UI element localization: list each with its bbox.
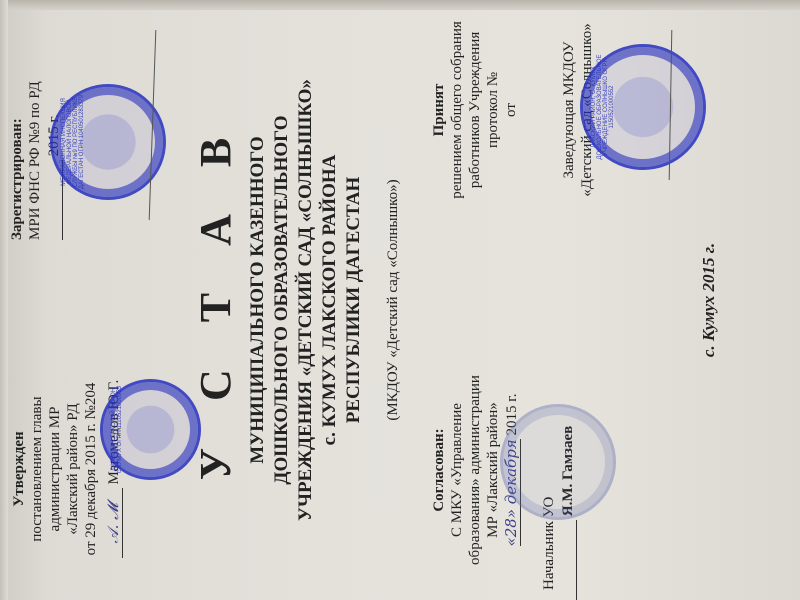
registered-line: МРИ ФНС РФ №9 по РД	[26, 0, 44, 240]
approved-line: от 29 декабря 2015 г. №204	[82, 344, 100, 594]
approved-heading: Утвержден	[10, 344, 28, 594]
title-line: с. КУМУХ ЛАКСКОГО РАЙОНА	[318, 60, 342, 540]
accepted-line: работников Учреждения	[466, 0, 484, 220]
document-title: У С Т А В	[190, 60, 242, 540]
lak-district-stamp: ДАГЕСТАН ЛАКСКИЙ РАЙОН с.КУМУХ ОГРН 1110…	[100, 379, 201, 480]
agreed-line: С МКУ «Управление	[448, 350, 466, 590]
kindergarten-stamp: ЛАКСКИЙ РАЙОН, С. КУМУХ ДОШКОЛЬНОЕ ОБРАЗ…	[580, 44, 706, 170]
handwritten-signature: 𝒜. 𝓜	[104, 488, 123, 558]
stamp-text: МЕЖРАЙОННАЯ ИНСПЕКЦИЯ ФЕДЕРАЛЬНОЙ НАЛОГО…	[61, 87, 85, 197]
stamp-text: ЛАКСКИЙ РАЙОН, С. КУМУХ ДОШКОЛЬНОЕ ОБРАЗ…	[591, 47, 615, 167]
registered-heading: Зарегистрирован:	[8, 0, 26, 240]
approved-line: администрации МР	[46, 344, 64, 594]
place-year: с. Кумух 2015 г.	[700, 160, 718, 440]
title-line: РЕСПУБЛИКИ ДАГЕСТАН	[342, 60, 366, 540]
accepted-line: от	[502, 0, 520, 220]
title-block: У С Т А В МУНИЦИПАЛЬНОГО КАЗЕННОГО ДОШКО…	[190, 60, 402, 540]
accepted-line: решением общего собрания	[448, 0, 466, 220]
agreed-line: МР «Лакский район»	[484, 350, 502, 590]
fns-stamp: МЕЖРАЙОННАЯ ИНСПЕКЦИЯ ФЕДЕРАЛЬНОЙ НАЛОГО…	[50, 84, 166, 200]
approved-line: «Лакский район» РД	[64, 344, 82, 594]
approved-line: постановлением главы	[28, 344, 46, 594]
handwritten-signature	[558, 520, 577, 600]
stamp-text: ДАГЕСТАН ЛАКСКИЙ РАЙОН с.КУМУХ ОГРН 1110…	[111, 382, 123, 477]
title-line: ДОШКОЛЬНОГО ОБРАЗОВАТЕЛЬНОГО	[270, 60, 294, 540]
accepted-block: Принят решением общего собрания работник…	[430, 0, 520, 220]
title-abbreviation: (МКДОУ «Детский сад «Солнышко»)	[384, 60, 402, 540]
agreed-line: образования» администрации	[466, 350, 484, 590]
accepted-heading: Принят	[430, 0, 448, 220]
charter-document-page: Утвержден постановлением главы администр…	[0, 0, 800, 600]
head-line: Заведующая МКДОУ	[560, 0, 578, 220]
approved-block: Утвержден постановлением главы администр…	[10, 344, 123, 594]
agreed-heading: Согласован:	[430, 350, 448, 590]
title-line: МУНИЦИПАЛЬНОГО КАЗЕННОГО	[246, 60, 270, 540]
agreed-stamp-faded	[500, 404, 616, 520]
title-line: УЧРЕЖДЕНИЯ «ДЕТСКИЙ САД «СОЛНЫШКО»	[294, 60, 318, 540]
accepted-line: протокол №	[484, 0, 502, 220]
